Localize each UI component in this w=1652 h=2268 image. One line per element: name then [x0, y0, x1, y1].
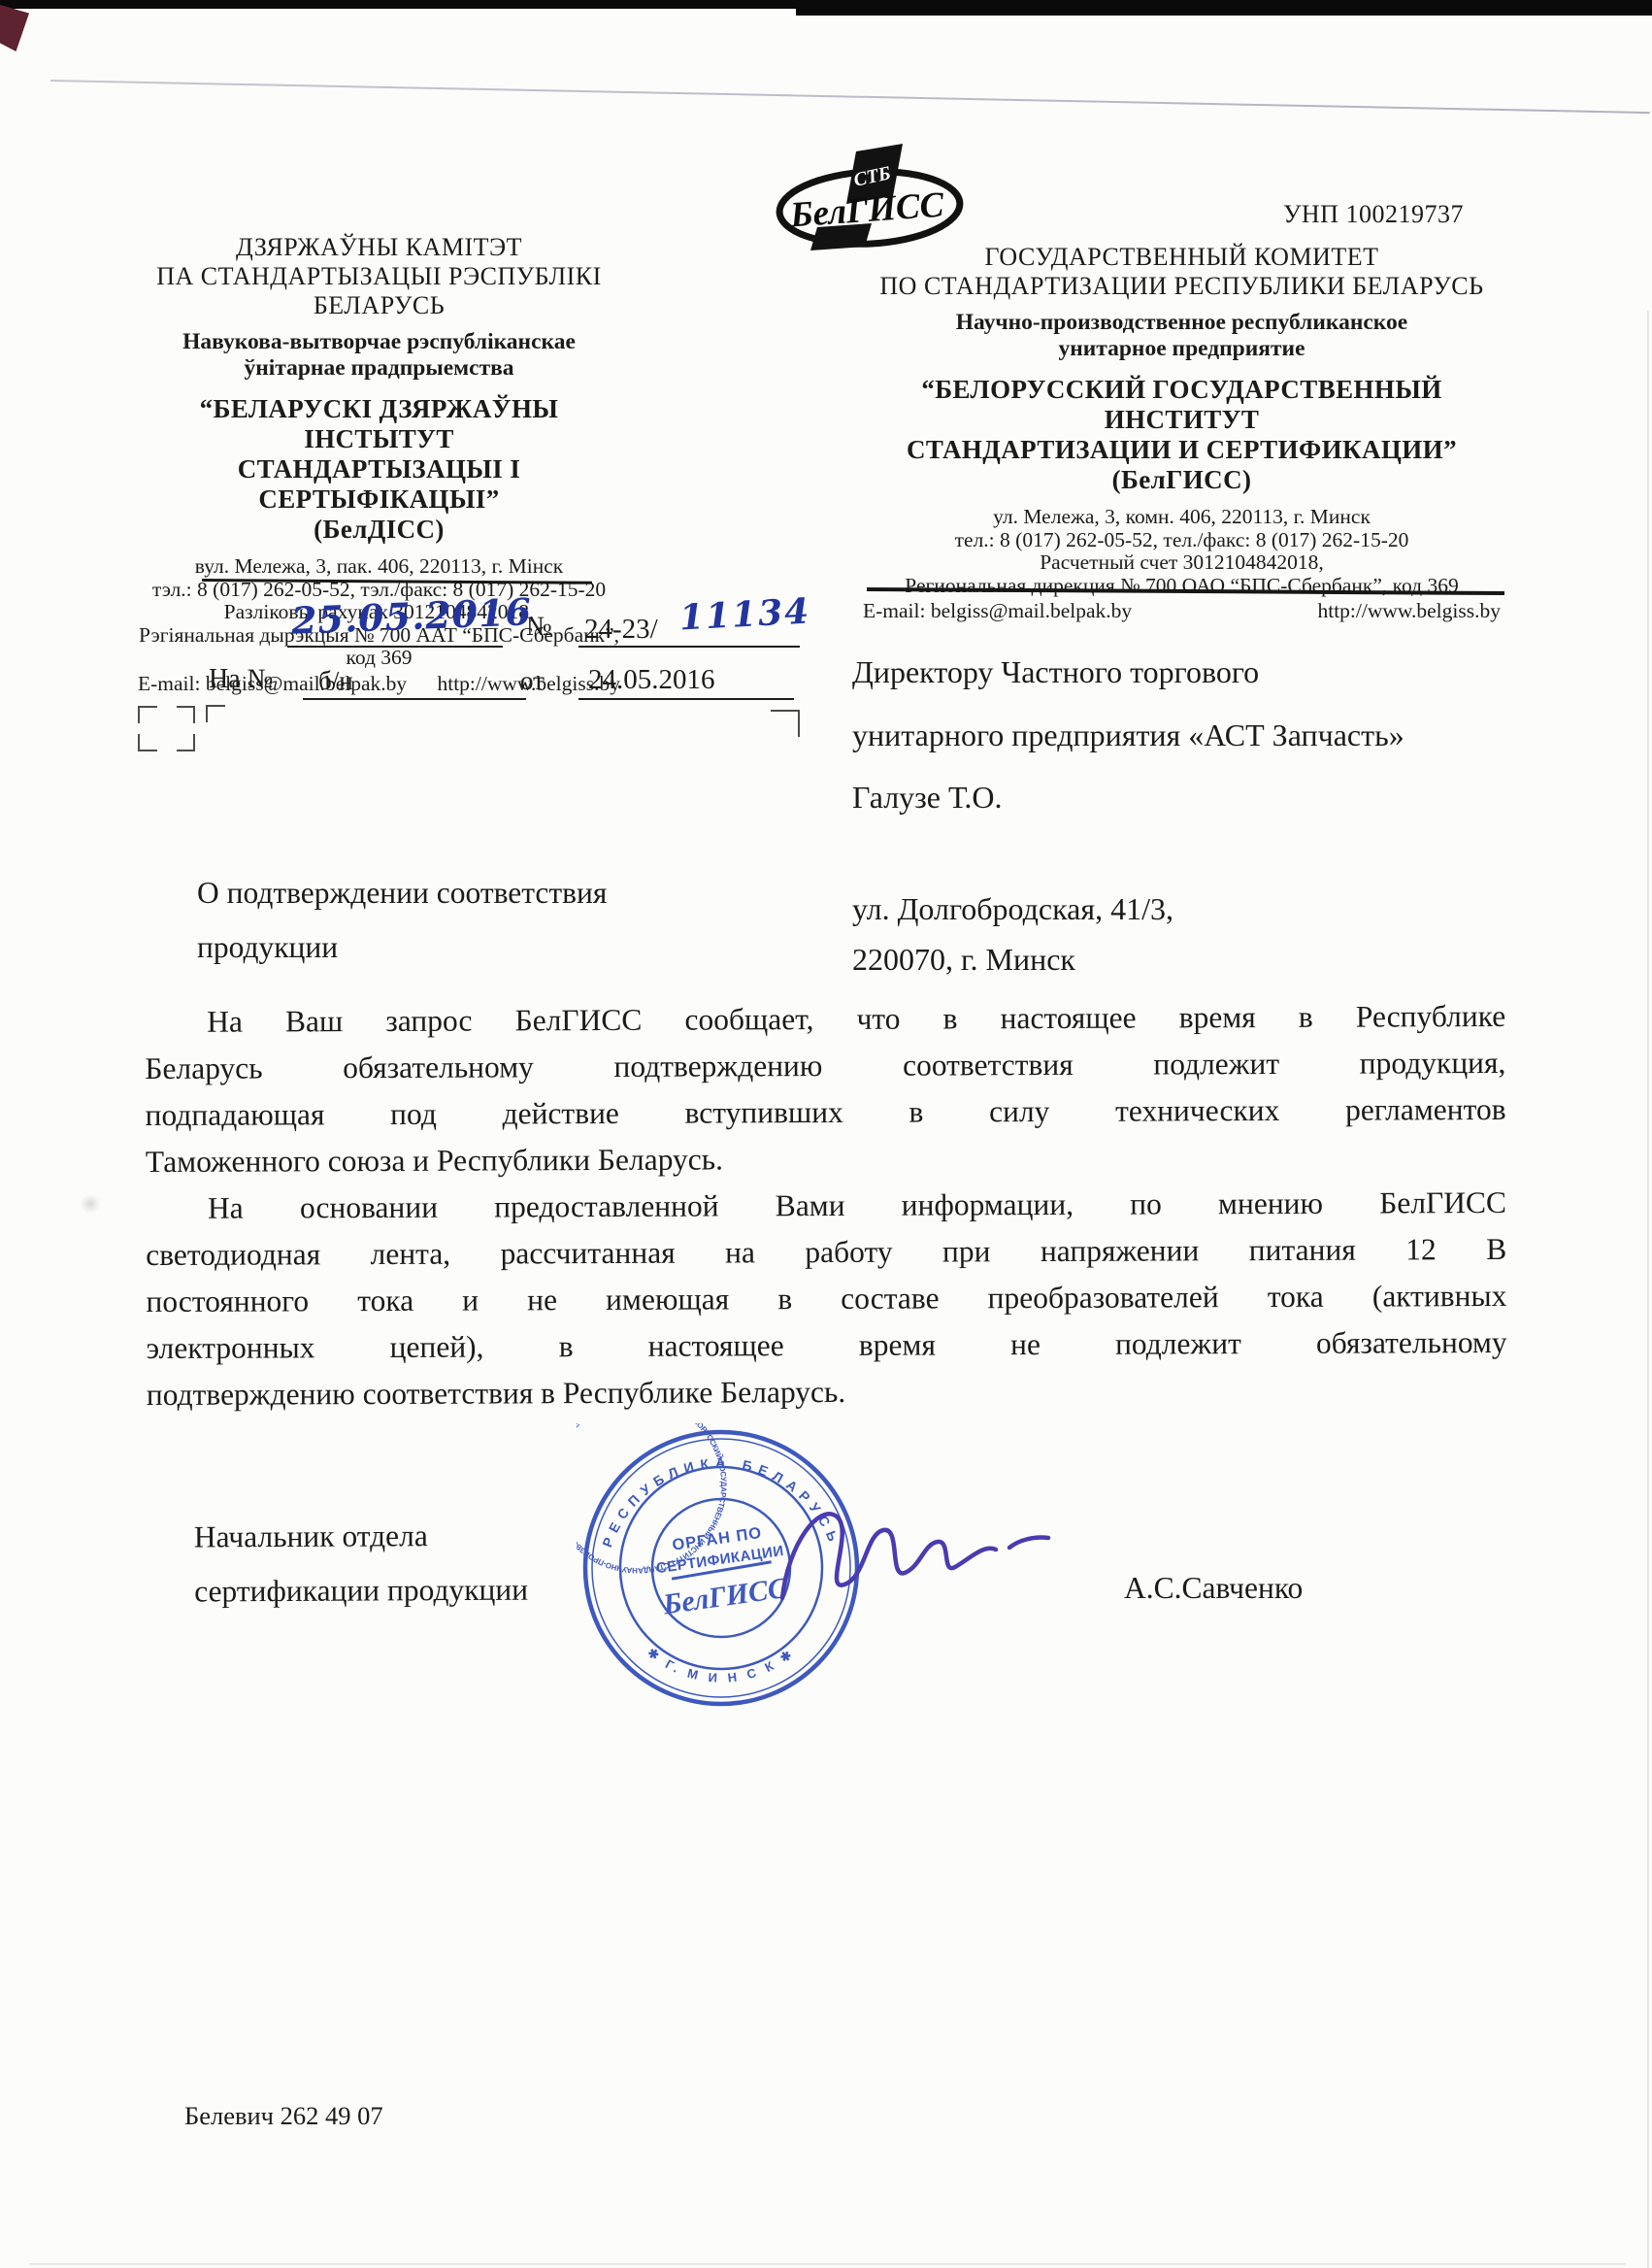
- enterprise-line: Научно-производственное республиканское: [859, 310, 1504, 336]
- scan-bottom-edge-line: [29, 2263, 1626, 2265]
- corner-bracket-mark: [206, 705, 225, 722]
- body-line: На основании предоставленной Вами информ…: [146, 1180, 1506, 1232]
- body-line: подтверждению соответствия в Республике …: [147, 1366, 1507, 1418]
- number-underline: [578, 646, 800, 648]
- body-line: подпадающая под действие вступивших в си…: [145, 1086, 1505, 1139]
- reply-date: 24.05.2016: [588, 664, 715, 696]
- enterprise-line: ўнітарнае прадпрыемства: [134, 355, 624, 382]
- body-line: постоянного тока и не имеющая в составе …: [146, 1273, 1506, 1325]
- body-line: На Ваш запрос БелГИСС сообщает, что в на…: [145, 993, 1505, 1046]
- reply-date-underline: [578, 698, 794, 700]
- body-paragraph-1: На Ваш запрос БелГИСС сообщает, что в на…: [145, 993, 1506, 1185]
- account-line: Расчетный счет 3012104842018,: [859, 551, 1504, 575]
- org-name-line: “БЕЛАРУСКІ ДЗЯРЖАЎНЫ ІНСТЫТУТ: [134, 394, 624, 454]
- body-line: Таможенного союза и Республики Беларусь.: [146, 1133, 1506, 1185]
- addressee-city: 220070, г. Минск: [852, 934, 1522, 984]
- outgoing-number-prefix: 24-23/: [584, 614, 658, 646]
- scan-smudge: [80, 1194, 101, 1214]
- org-name-line: “БЕЛОРУССКИЙ ГОСУДАРСТВЕННЫЙ ИНСТИТУТ: [859, 375, 1504, 435]
- scan-diagonal-artifact: [50, 80, 1650, 114]
- org-name-line: СТАНДАРТЫЗАЦЫІ І СЕРТЫФІКАЦЫІ”: [134, 454, 624, 515]
- corner-bracket-mark: [138, 734, 157, 751]
- website-url: http://www.belgiss.by: [1317, 599, 1501, 623]
- handwritten-number: 11134: [678, 590, 811, 638]
- letterhead-right: ГОСУДАРСТВЕННЫЙ КОМИТЕТ ПО СТАНДАРТИЗАЦИ…: [859, 243, 1504, 623]
- subject-line: О подтверждении соответствия: [197, 866, 799, 920]
- scan-corner-mark: [0, 5, 29, 51]
- scanned-letter-page: СТБ БелГИСС УНП 100219737 ДЗЯРЖАЎНЫ КАМІ…: [0, 0, 1652, 2268]
- addressee-name: Галузе Т.О.: [852, 766, 1522, 829]
- reply-number: б/н: [318, 666, 353, 696]
- stamp-middle-ring-text: НАУЧНО-ПРОИЗВОДСТВЕННОЕ РЕСПУБЛИКАНСКОЕ …: [577, 1423, 728, 1575]
- addressee-block: Директору Частного торгового унитарного …: [852, 641, 1522, 984]
- handwritten-date: 25.05.2016: [290, 589, 533, 642]
- subject-block: О подтверждении соответствия продукции: [197, 866, 799, 975]
- belgiss-logo-icon: СТБ БелГИСС: [767, 142, 975, 250]
- scan-right-edge-line: [1647, 311, 1649, 2268]
- reply-number-underline: [303, 698, 526, 700]
- addressee-line: унитарного предприятия «АСТ Запчасть»: [852, 704, 1522, 767]
- addressee-line: Директору Частного торгового: [852, 641, 1522, 704]
- number-sign-label: №: [526, 612, 552, 643]
- logo-name-text: БелГИСС: [788, 184, 946, 235]
- letter-body: На Ваш запрос БелГИСС сообщает, что в на…: [145, 993, 1507, 1418]
- address-line: вул. Мележа, 3, пак. 406, 220113, г. Мін…: [134, 555, 624, 579]
- signatory-name: А.С.Савченко: [1124, 1571, 1303, 1606]
- enterprise-line: Навукова-вытворчае рэспубліканскае: [134, 329, 624, 355]
- org-abbrev: (БелДІСС): [134, 515, 624, 545]
- committee-line: ПА СТАНДАРТЫЗАЦЫІ РЭСПУБЛІКІ БЕЛАРУСЬ: [134, 262, 624, 320]
- svg-text:НАУЧНО-ПРОИЗВОДСТВЕННОЕ РЕСПУБ: НАУЧНО-ПРОИЗВОДСТВЕННОЕ РЕСПУБЛИКАНСКОЕ …: [577, 1423, 728, 1575]
- committee-line: ПО СТАНДАРТИЗАЦИИ РЕСПУБЛИКИ БЕЛАРУСЬ: [859, 272, 1504, 301]
- belgiss-logo: СТБ БелГИСС: [767, 142, 975, 250]
- handwritten-signature: [765, 1484, 1085, 1653]
- body-line: электронных цепей), в настоящее время не…: [147, 1319, 1507, 1372]
- addressee-street: ул. Долгобродская, 41/3,: [852, 884, 1522, 934]
- email-address: E-mail: belgiss@mail.belpak.by: [863, 599, 1132, 623]
- enterprise-line: унитарное предприятие: [859, 336, 1504, 362]
- committee-line: ДЗЯРЖАЎНЫ КАМІТЭТ: [134, 233, 624, 262]
- corner-bracket-mark: [177, 734, 195, 751]
- from-label: от: [520, 666, 545, 696]
- committee-line: ГОСУДАРСТВЕННЫЙ КОМИТЕТ: [859, 243, 1504, 272]
- corner-bracket-mark: [771, 710, 800, 737]
- body-line: Беларусь обязательному подтверждению соо…: [145, 1040, 1505, 1092]
- reply-to-label: На №: [209, 664, 273, 695]
- address-line: ул. Мележа, 3, комн. 406, 220113, г. Мин…: [859, 506, 1504, 529]
- unp-number: УНП 100219737: [1283, 200, 1526, 229]
- corner-bracket-mark: [138, 706, 157, 723]
- corner-bracket-mark: [177, 706, 195, 723]
- org-name-line: СТАНДАРТИЗАЦИИ И СЕРТИФИКАЦИИ”: [859, 435, 1504, 465]
- body-paragraph-2: На основании предоставленной Вами информ…: [146, 1180, 1507, 1418]
- date-underline: [287, 646, 503, 648]
- phone-line: тел.: 8 (017) 262-05-52, тел./факс: 8 (0…: [859, 529, 1504, 552]
- scan-top-edge-bar-right: [796, 0, 1652, 16]
- executor-contact: Белевич 262 49 07: [184, 2101, 383, 2131]
- signature-ink-icon: [765, 1484, 1085, 1653]
- body-line: светодиодная лента, рассчитанная на рабо…: [146, 1226, 1506, 1279]
- subject-line: продукции: [197, 920, 799, 975]
- org-abbrev: (БелГИСС): [859, 465, 1504, 495]
